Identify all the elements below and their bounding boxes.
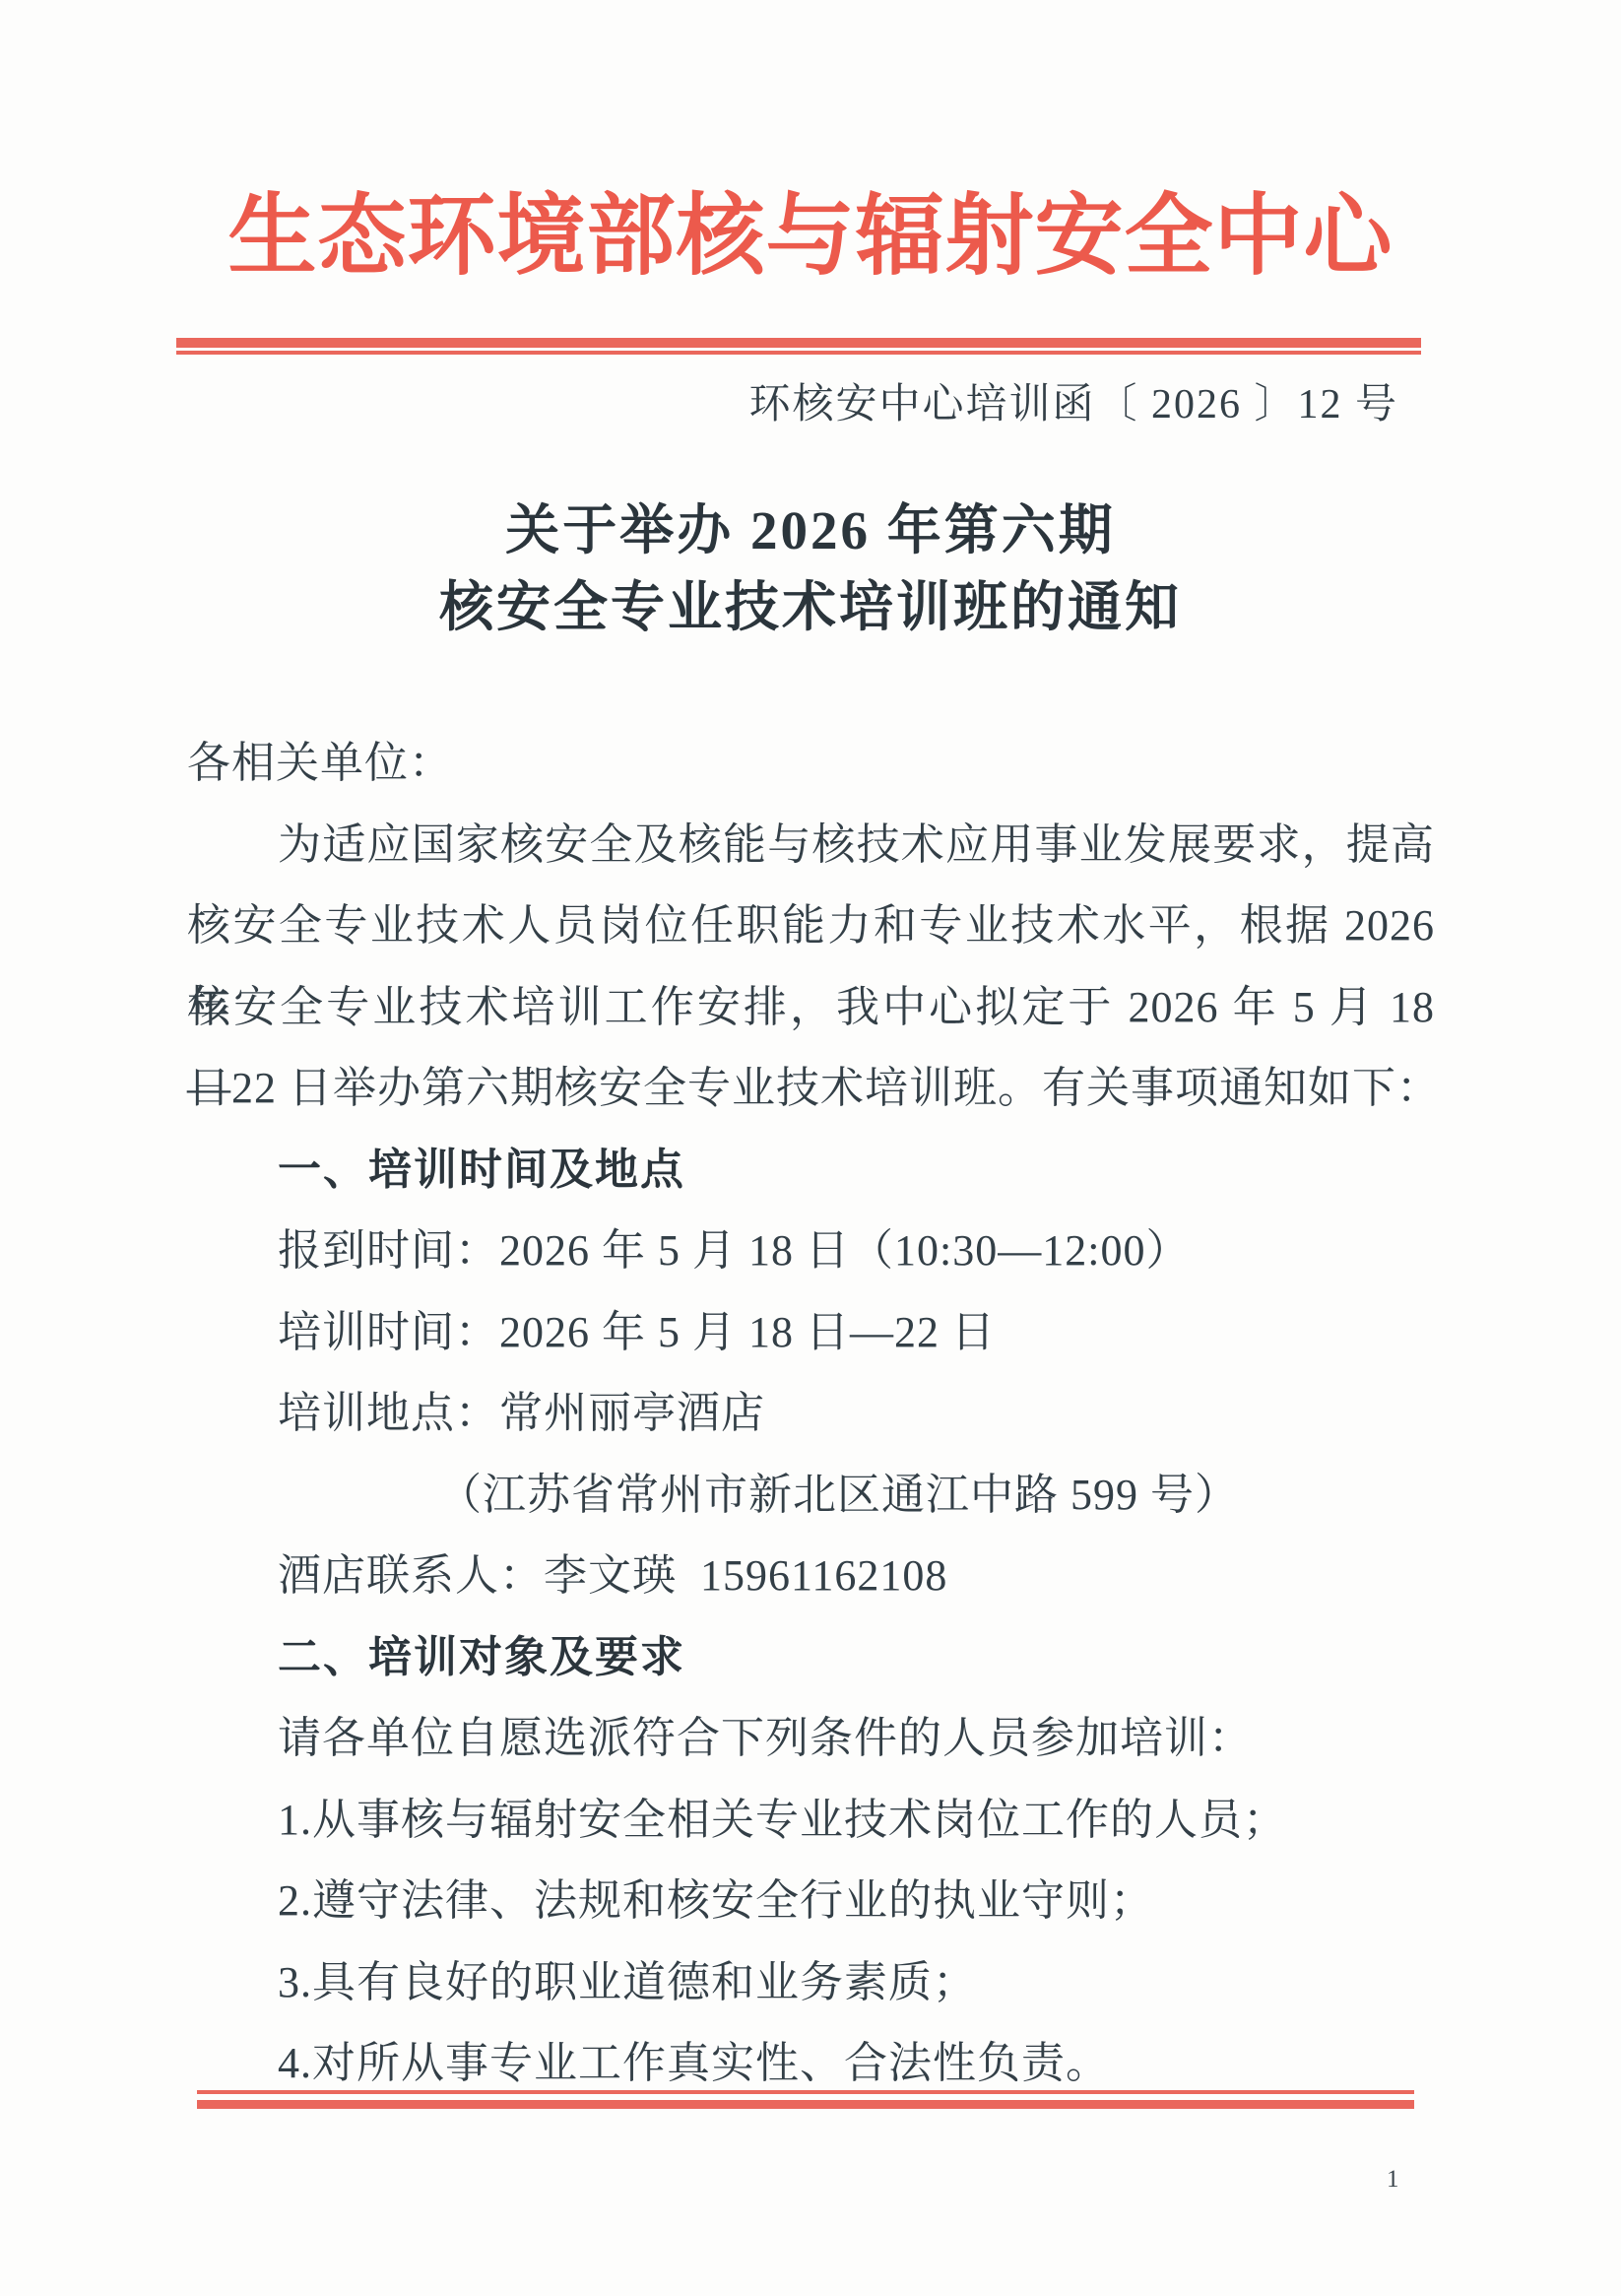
body-line: 2.遵守法律、法规和核安全行业的执业守则；: [187, 1861, 1435, 1942]
letterhead-org-name: 生态环境部核与辐射安全中心: [0, 173, 1621, 301]
body-line: 培训时间：2026 年 5 月 18 日—22 日: [187, 1292, 1435, 1374]
body-line: 酒店联系人：李文瑛 15961162108: [187, 1536, 1435, 1617]
footer-divider: [197, 2090, 1414, 2109]
footer-thick-line: [197, 2100, 1414, 2109]
body-line: （江苏省常州市新北区通江中路 599 号）: [187, 1455, 1435, 1537]
body-line: 培训地点：常州丽亭酒店: [187, 1373, 1435, 1455]
body-line: 1.从事核与辐射安全相关专业技术岗位工作的人员；: [187, 1780, 1435, 1862]
body-line: 为适应国家核安全及核能与核技术应用事业发展要求，提高: [187, 805, 1435, 886]
document-title-line2: 核安全专业技术培训班的通知: [0, 569, 1621, 646]
divider-thick-line: [176, 338, 1421, 348]
page-number: 1: [1387, 2165, 1399, 2195]
document-title-line1: 关于举办 2026 年第六期: [0, 492, 1621, 569]
body-line: 报到时间：2026 年 5 月 18 日（10:30—12:00）: [187, 1211, 1435, 1292]
body-line: 核安全专业技术培训工作安排，我中心拟定于 2026 年 5 月 18 日: [187, 967, 1435, 1049]
document-body: 各相关单位：为适应国家核安全及核能与核技术应用事业发展要求，提高核安全专业技术人…: [187, 723, 1435, 2105]
divider-thin-line: [176, 351, 1421, 355]
body-line: —22 日举办第六期核安全专业技术培训班。有关事项通知如下：: [187, 1048, 1435, 1130]
letterhead-divider: [176, 338, 1421, 355]
document-title: 关于举办 2026 年第六期 核安全专业技术培训班的通知: [0, 492, 1621, 646]
document-page: 生态环境部核与辐射安全中心 环核安中心培训函〔 2026 〕12 号 关于举办 …: [0, 0, 1621, 2296]
body-line: 核安全专业技术人员岗位任职能力和专业技术水平，根据 2026 年: [187, 886, 1435, 967]
body-line: 二、培训对象及要求: [187, 1617, 1435, 1699]
body-line: 一、培训时间及地点: [187, 1130, 1435, 1212]
document-number: 环核安中心培训函〔 2026 〕12 号: [748, 377, 1398, 432]
body-line: 请各单位自愿选派符合下列条件的人员参加培训：: [187, 1698, 1435, 1780]
body-line: 3.具有良好的职业道德和业务素质；: [187, 1942, 1435, 2024]
body-line: 各相关单位：: [187, 723, 1435, 805]
